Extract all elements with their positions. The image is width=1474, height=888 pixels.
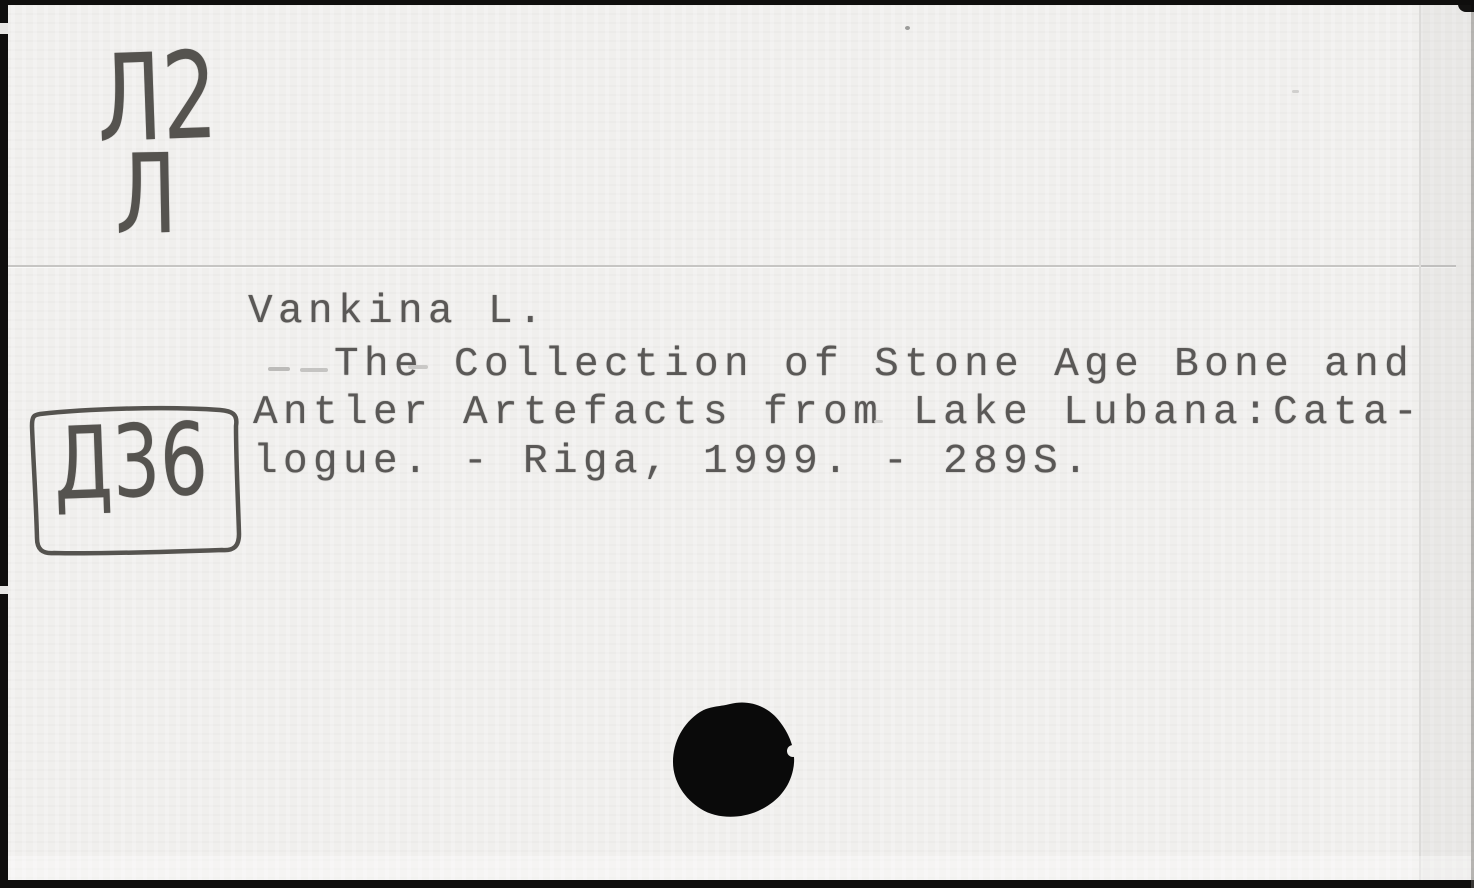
ink-speck [1292, 90, 1299, 93]
entry-author-line: Vankina L. [248, 292, 548, 333]
ink-smudge [268, 367, 290, 371]
scan-edge-notch [0, 23, 8, 34]
entry-title-line-2: Antler Artefacts from Lake Lubana:Cata- [253, 393, 1423, 434]
ink-speck [874, 420, 883, 423]
ink-smudge [300, 368, 328, 372]
scan-edge-top [0, 0, 1474, 5]
entry-imprint-line: logue. - Riga, 1999. - 289S. [253, 442, 1093, 483]
card-right-margin [1421, 5, 1471, 880]
handwritten-call-number: Д36 [52, 410, 209, 515]
entry-title-line-1: The Collection of Stone Age Bone and [334, 345, 1414, 386]
ink-blot [666, 698, 800, 822]
catalog-card-scan: Л2 Л Д36 Vankina L. The Collection of St… [0, 0, 1474, 888]
scan-edge-notch [0, 586, 8, 594]
scan-edge-left [0, 0, 8, 888]
card-bottom-light-band [8, 856, 1471, 880]
ink-smudge [408, 365, 428, 369]
handwritten-letter-mark: Л [114, 139, 178, 250]
ink-speck [905, 26, 910, 30]
card-ruled-line [8, 265, 1456, 267]
scan-edge-bottom [0, 880, 1474, 888]
